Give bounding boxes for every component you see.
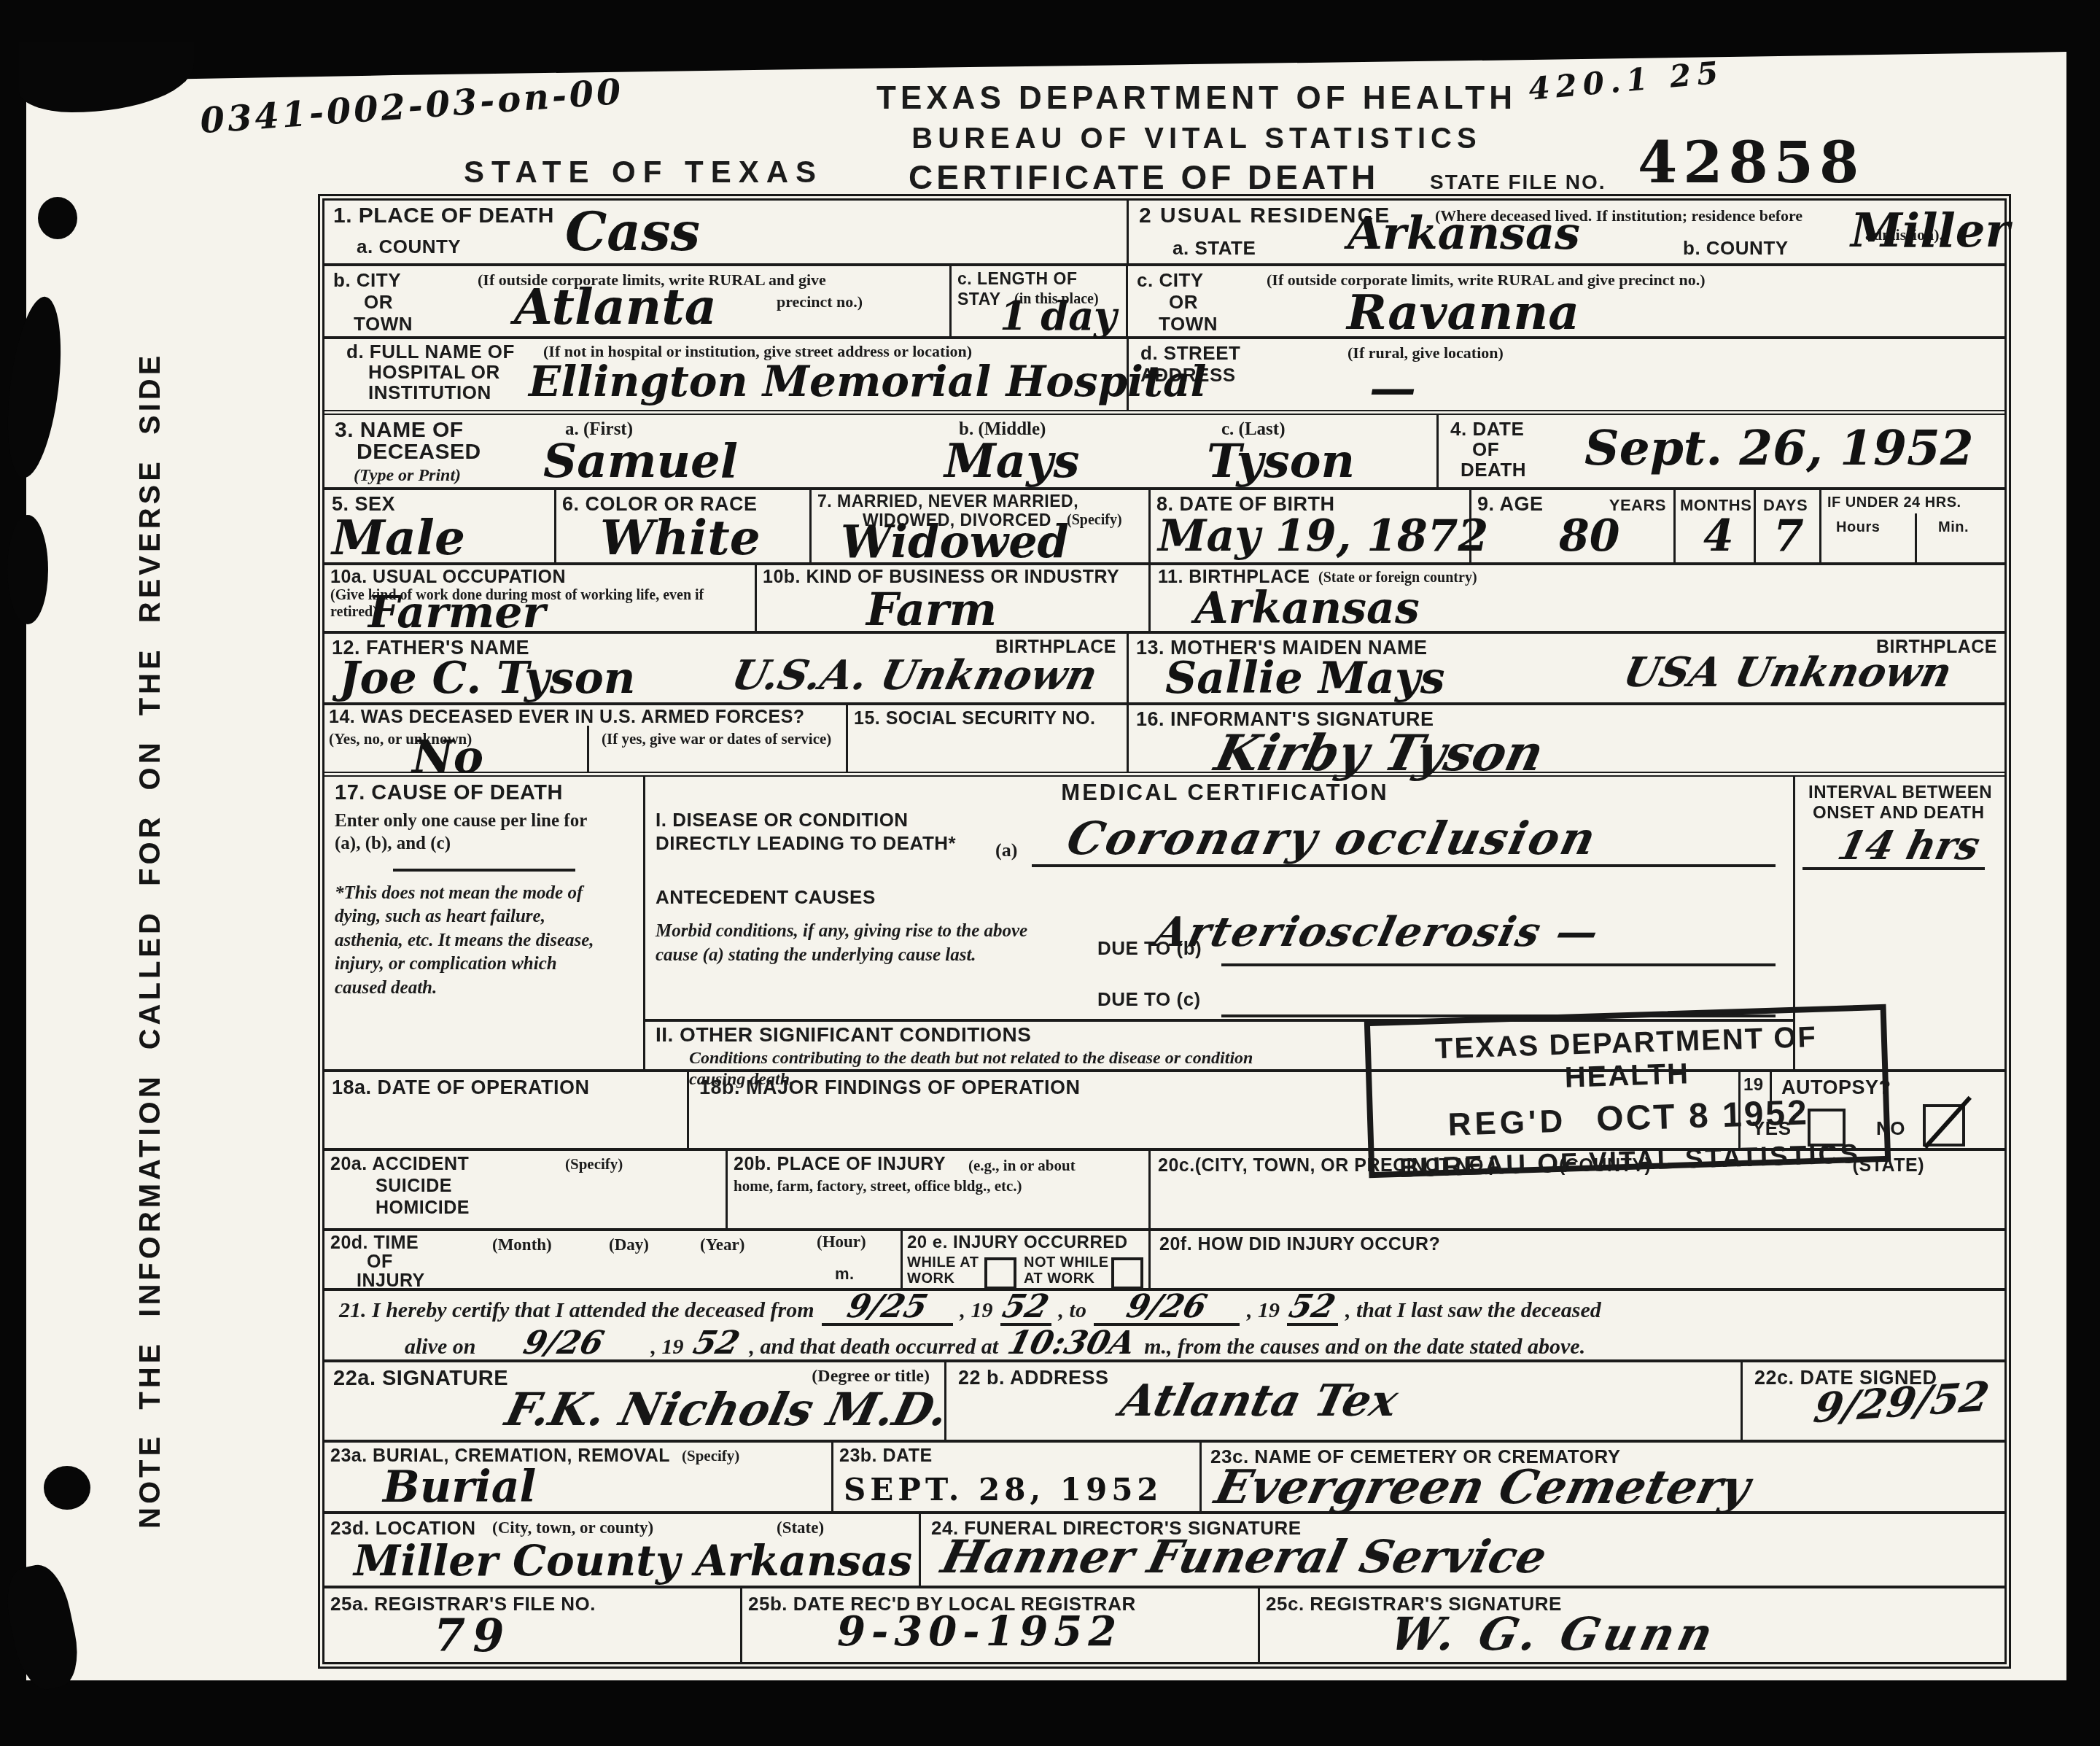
hole-punch xyxy=(38,197,77,239)
armed-forces-value: No xyxy=(412,730,483,783)
scan-artifact xyxy=(7,515,48,624)
certify-to-date: 9/26 xyxy=(1124,1297,1208,1317)
cause-note-1: Enter only one cause per line for (a), (… xyxy=(335,810,612,855)
stay-value: 1 day xyxy=(1000,292,1117,339)
field-place-of-death-county: 1. PLACE OF DEATH a. COUNTY Cass xyxy=(324,201,1129,263)
not-while-at-work-checkbox[interactable] xyxy=(1111,1257,1143,1289)
field-date-signed: 22c. DATE SIGNED 9/29/52 xyxy=(1743,1362,2004,1440)
scanned-death-certificate: NOTE THE INFORMATION CALLED FOR ON THE R… xyxy=(0,0,2100,1746)
age-months-value: 4 xyxy=(1703,511,1734,562)
field-date-of-death: 4. DATE OF DEATH Sept. 26, 1952 xyxy=(1439,415,2004,487)
injury-place-note-2: home, farm, factory, street, office bldg… xyxy=(734,1177,1022,1195)
under24-min-label: Min. xyxy=(1938,519,1969,536)
death-city-value: Atlanta xyxy=(514,278,717,336)
injury-occurred-label: 20 e. INJURY OCCURRED xyxy=(907,1233,1128,1253)
disease-label-2: DIRECTLY LEADING TO DEATH* xyxy=(656,832,956,855)
handwritten-code: 420.1 25 xyxy=(1527,54,1725,106)
stay-label-1: c. LENGTH OF xyxy=(957,269,1077,289)
field-how-injury-occurred: 20f. HOW DID INJURY OCCUR? xyxy=(1151,1231,2004,1288)
armed-forces-divider xyxy=(587,726,589,772)
injury-place-note-1: (e.g., in or about xyxy=(968,1157,1076,1175)
injury-time-label-3: INJURY xyxy=(357,1270,425,1292)
field-father-name: 12. FATHER'S NAME BIRTHPLACE Joe C. Tyso… xyxy=(324,634,1129,702)
antecedent-label: ANTECEDENT CAUSES xyxy=(656,886,876,909)
hospital-label-1: d. FULL NAME OF xyxy=(346,341,515,363)
burial-value: Burial xyxy=(383,1462,536,1513)
name-title-2: DECEASED xyxy=(357,440,481,465)
name-title-1: 3. NAME OF xyxy=(335,418,464,443)
scan-artifact xyxy=(19,42,194,112)
residence-city-label: c. CITY xyxy=(1137,269,1204,292)
field-date-of-operation: 18a. DATE OF OPERATION xyxy=(324,1072,689,1148)
occupation-value: Farmer xyxy=(368,587,545,638)
field-under-24hrs: IF UNDER 24 HRS. Hours Min. xyxy=(1821,490,2004,562)
certificate-form: 1. PLACE OF DEATH a. COUNTY Cass 2 USUAL… xyxy=(318,194,2011,1669)
operation-date-label: 18a. DATE OF OPERATION xyxy=(332,1076,590,1099)
stamp-line-1: TEXAS DEPARTMENT OF HEALTH xyxy=(1370,1019,1882,1101)
field-ssn: 15. SOCIAL SECURITY NO. xyxy=(848,705,1129,772)
ssn-label: 15. SOCIAL SECURITY NO. xyxy=(854,708,1095,729)
field-mother-name: 13. MOTHER'S MAIDEN NAME BIRTHPLACE Sall… xyxy=(1129,634,2004,702)
registrar-signature-value: W. G. Gunn xyxy=(1385,1607,1722,1661)
name-title-3: (Type or Print) xyxy=(354,466,461,486)
how-injury-label: 20f. HOW DID INJURY OCCUR? xyxy=(1159,1234,1440,1255)
cause-divider xyxy=(393,869,575,872)
certify-text-1: 21. I hereby certify that I attended the… xyxy=(339,1298,814,1322)
while-at-label-1: WHILE AT xyxy=(907,1254,979,1271)
signature-label: 22a. SIGNATURE xyxy=(333,1367,508,1391)
certify-death-time: 10:30A xyxy=(1006,1333,1137,1354)
sex-value: Male xyxy=(332,509,465,566)
occupation-label: 10a. USUAL OCCUPATION xyxy=(330,567,566,588)
under24-hours-label: Hours xyxy=(1836,519,1880,536)
residence-state-label: a. STATE xyxy=(1172,237,1256,260)
row-sex-race-age: 5. SEX Male 6. COLOR OR RACE White 7. MA… xyxy=(324,490,2004,565)
accident-note: (Specify) xyxy=(565,1155,623,1173)
scan-artifact xyxy=(0,1560,85,1694)
father-birthplace-value: U.S.A. Unknown xyxy=(727,651,1102,699)
street-value: — xyxy=(1369,361,1416,416)
residence-county-value: Miller xyxy=(1851,203,2010,258)
medical-certification-title: MEDICAL CERTIFICATION xyxy=(645,780,1805,806)
field-burial-location: 23d. LOCATION (City, town, or county) (S… xyxy=(324,1514,921,1586)
field-name-of-deceased: 3. NAME OF DECEASED (Type or Print) a. (… xyxy=(324,415,1439,487)
accident-label-1: 20a. ACCIDENT xyxy=(330,1154,469,1175)
injury-time-label-2: OF xyxy=(367,1252,393,1273)
injury-hour-label: (Hour) xyxy=(817,1233,866,1252)
field-hospital: d. FULL NAME OF HOSPITAL OR INSTITUTION … xyxy=(324,339,1129,410)
residence-city-label-town: TOWN xyxy=(1159,313,1218,335)
field-age-days: DAYS 7 xyxy=(1756,490,1821,562)
field-length-of-stay: c. LENGTH OF STAY (in this place) 1 day xyxy=(952,266,1128,336)
name-last-value: Tyson xyxy=(1207,434,1355,489)
death-city-label-or: OR xyxy=(364,291,393,314)
field-cemetery: 23c. NAME OF CEMETERY OR CREMATORY Everg… xyxy=(1202,1443,2004,1511)
age-days-value: 7 xyxy=(1773,511,1804,562)
race-value: White xyxy=(600,509,761,566)
received-stamp: TEXAS DEPARTMENT OF HEALTH REG'D OCT 8 1… xyxy=(1364,1004,1891,1178)
certify-text-7: , 19 xyxy=(651,1335,684,1359)
due-to-b-value: Arteriosclerosis — xyxy=(1150,908,1604,956)
residence-county-label: b. COUNTY xyxy=(1683,237,1789,260)
marital-note: (Specify) xyxy=(1067,512,1122,529)
certify-from-year: 52 xyxy=(1000,1297,1050,1317)
scan-artifact xyxy=(0,294,69,481)
residence-city-label-or: OR xyxy=(1169,291,1198,314)
row-city: b. CITY OR TOWN (If outside corporate li… xyxy=(324,266,2004,339)
certify-to-year: 52 xyxy=(1288,1297,1337,1317)
field-registrar-signature: 25c. REGISTRAR'S SIGNATURE W. G. Gunn xyxy=(1260,1588,2004,1664)
street-note: (If rural, give location) xyxy=(1347,344,1504,362)
cemetery-value: Evergreen Cemetery xyxy=(1210,1460,1755,1515)
stamp-regd: REG'D xyxy=(1447,1103,1567,1143)
armed-forces-label: 14. WAS DECEASED EVER IN U.S. ARMED FORC… xyxy=(329,707,805,728)
marital-label-1: 7. MARRIED, NEVER MARRIED, xyxy=(817,492,1078,511)
header-dept: TEXAS DEPARTMENT OF HEALTH xyxy=(865,80,1528,117)
header-bureau: BUREAU OF VITAL STATISTICS xyxy=(865,123,1528,155)
name-first-value: Samuel xyxy=(543,434,738,489)
certify-text-6: alive on xyxy=(405,1335,476,1359)
row-name-dod: 3. NAME OF DECEASED (Type or Print) a. (… xyxy=(324,415,2004,490)
stay-label-2: STAY xyxy=(957,290,1001,309)
death-city-label: b. CITY xyxy=(333,269,401,292)
dod-label-3: DEATH xyxy=(1461,459,1526,481)
armed-forces-note-2: (If yes, give war or dates of service) xyxy=(602,730,831,748)
row-parents: 12. FATHER'S NAME BIRTHPLACE Joe C. Tyso… xyxy=(324,634,2004,705)
disease-label-1: I. DISEASE OR CONDITION xyxy=(656,809,909,831)
certify-text-5: , that I last saw the deceased xyxy=(1345,1298,1601,1322)
hospital-label-3: INSTITUTION xyxy=(368,381,491,404)
address-label: 22 b. ADDRESS xyxy=(958,1367,1109,1389)
certify-blank-from: 9/25 xyxy=(822,1297,953,1326)
field-industry: 10b. KIND OF BUSINESS OR INDUSTRY Farm xyxy=(757,565,1151,631)
burial-date-label: 23b. DATE xyxy=(839,1446,933,1467)
injury-year-label: (Year) xyxy=(700,1235,744,1254)
field-registrar-file-no: 25a. REGISTRAR'S FILE NO. 79 xyxy=(324,1588,742,1664)
death-city-label-town: TOWN xyxy=(354,313,413,335)
age-years-value: 80 xyxy=(1559,511,1620,562)
header-title: CERTIFICATE OF DEATH xyxy=(909,158,1379,197)
location-value: Miller County Arkansas xyxy=(354,1536,912,1586)
industry-value: Farm xyxy=(866,583,997,636)
accident-label-2: SUICIDE xyxy=(376,1176,452,1197)
certify-text-9: m., from the causes and on the date stat… xyxy=(1144,1335,1585,1359)
under24-label: IF UNDER 24 HRS. xyxy=(1827,494,1961,511)
field-burial-date: 23b. DATE SEPT. 28, 1952 xyxy=(833,1443,1202,1511)
while-at-work-checkbox[interactable] xyxy=(984,1257,1016,1289)
dod-label-1: 4. DATE xyxy=(1450,418,1524,441)
burial-date-value: SEPT. 28, 1952 xyxy=(844,1472,1163,1508)
certify-blank-year-3: 52 xyxy=(691,1333,742,1362)
certify-from-date: 9/25 xyxy=(845,1297,929,1317)
injury-day-label: (Day) xyxy=(609,1235,649,1254)
field-armed-forces: 14. WAS DECEASED EVER IN U.S. ARMED FORC… xyxy=(324,705,848,772)
row-certification: 21. I hereby certify that I attended the… xyxy=(324,1291,2004,1362)
interval-value: 14 hrs xyxy=(1834,822,1985,869)
hospital-label-2: HOSPITAL OR xyxy=(368,361,500,384)
certify-blank-year-2: 52 xyxy=(1287,1297,1338,1326)
certify-text-8: , and that death occurred at xyxy=(750,1335,999,1359)
hole-punch xyxy=(44,1466,90,1510)
field-street-address: d. STREET ADDRESS (If rural, give locati… xyxy=(1129,339,2004,410)
state-file-no-label: STATE FILE NO. xyxy=(1430,171,1606,194)
stamp-date: OCT 8 1952 xyxy=(1596,1093,1810,1138)
location-note-2: (State) xyxy=(777,1518,824,1537)
dob-value: May 19, 1872 xyxy=(1158,511,1488,562)
disease-a-label: (a) xyxy=(995,839,1017,861)
place-of-death-title: 1. PLACE OF DEATH xyxy=(333,203,554,228)
field-date-of-birth: 8. DATE OF BIRTH May 19, 1872 xyxy=(1151,490,1471,562)
not-while-label-2: AT WORK xyxy=(1024,1270,1095,1287)
row-time-of-injury: 20d. TIME OF INJURY (Month) (Day) (Year)… xyxy=(324,1231,2004,1291)
field-age-months: MONTHS 4 xyxy=(1676,490,1756,562)
mother-birthplace-value: USA Unknown xyxy=(1619,648,1956,697)
row-occupation: 10a. USUAL OCCUPATION (Give kind of work… xyxy=(324,565,2004,634)
cause-notes-column: 17. CAUSE OF DEATH Enter only one cause … xyxy=(324,777,645,1069)
field-place-of-injury: 20b. PLACE OF INJURY (e.g., in or about … xyxy=(728,1151,1151,1228)
field-physician-signature: 22a. SIGNATURE (Degree or title) F.K. Ni… xyxy=(324,1362,946,1440)
certify-blank-alive: 9/26 xyxy=(483,1333,644,1362)
injury-place-label: 20b. PLACE OF INJURY xyxy=(734,1154,946,1175)
certify-blank-year-1: 52 xyxy=(1000,1297,1051,1326)
row-armedforces-ssn-informant: 14. WAS DECEASED EVER IN U.S. ARMED FORC… xyxy=(324,705,2004,777)
row-physician-signature: 22a. SIGNATURE (Degree or title) F.K. Ni… xyxy=(324,1362,2004,1443)
injury-m-label: m. xyxy=(835,1265,855,1284)
field-residence-city: c. CITY OR TOWN (If outside corporate li… xyxy=(1128,266,2004,336)
disease-a-value: Coronary occlusion xyxy=(1062,812,1603,865)
not-while-label-1: NOT WHILE xyxy=(1024,1254,1109,1271)
paper-sheet: NOTE THE INFORMATION CALLED FOR ON THE R… xyxy=(26,48,2066,1680)
row-location-director: 23d. LOCATION (City, town, or county) (S… xyxy=(324,1514,2004,1588)
field-marital-status: 7. MARRIED, NEVER MARRIED, WIDOWED, DIVO… xyxy=(812,490,1151,562)
field-burial-type: 23a. BURIAL, CREMATION, REMOVAL (Specify… xyxy=(324,1443,833,1511)
informant-signature: Kirby Tyson xyxy=(1210,724,1549,783)
margin-note: NOTE THE INFORMATION CALLED FOR ON THE R… xyxy=(134,391,167,1529)
handwritten-serial: 0341-002-03-on-00 xyxy=(199,71,625,141)
certify-text-3: , to xyxy=(1059,1298,1086,1322)
field-accident-type: 20a. ACCIDENT (Specify) SUICIDE HOMICIDE xyxy=(324,1151,728,1228)
certify-text-4: , 19 xyxy=(1247,1298,1280,1322)
row-registrar: 25a. REGISTRAR'S FILE NO. 79 25b. DATE R… xyxy=(324,1588,2004,1664)
county-value: Cass xyxy=(565,201,700,263)
header-state-of-texas: STATE OF TEXAS xyxy=(464,155,823,190)
field-death-city: b. CITY OR TOWN (If outside corporate li… xyxy=(324,266,952,336)
row-place-residence-top: 1. PLACE OF DEATH a. COUNTY Cass 2 USUAL… xyxy=(324,201,2004,266)
interval-label-1: INTERVAL BETWEEN xyxy=(1808,783,1992,803)
morbid-note: Morbid conditions, if any, giving rise t… xyxy=(656,920,1049,967)
other-conditions-label: II. OTHER SIGNIFICANT CONDITIONS xyxy=(656,1023,1031,1047)
certify-blank-to: 9/26 xyxy=(1094,1297,1240,1326)
death-city-note-2: precinct no.) xyxy=(777,292,863,311)
injury-month-label: (Month) xyxy=(492,1235,552,1254)
name-middle-value: Mays xyxy=(944,434,1080,489)
field-birthplace: 11. BIRTHPLACE (State or foreign country… xyxy=(1151,565,2004,631)
county-label: a. COUNTY xyxy=(357,236,461,258)
certify-blank-time: 10:30A xyxy=(1006,1333,1137,1362)
interval-label-2: ONSET AND DEATH xyxy=(1813,803,1985,823)
accident-label-3: HOMICIDE xyxy=(376,1198,470,1219)
residence-state-value: Arkansas xyxy=(1347,206,1580,260)
field-sex: 5. SEX Male xyxy=(324,490,556,562)
field-informant: 16. INFORMANT'S SIGNATURE Kirby Tyson xyxy=(1129,705,2004,772)
under24-divider xyxy=(1915,513,1917,562)
certify-text-2: , 19 xyxy=(960,1298,993,1322)
operation-findings-label: 18b. MAJOR FINDINGS OF OPERATION xyxy=(699,1076,1081,1099)
location-note-1: (City, town, or county) xyxy=(492,1518,653,1537)
injury-time-label-1: 20d. TIME xyxy=(330,1233,419,1254)
physician-signature-value: F.K. Nichols M.D. xyxy=(501,1383,954,1436)
dod-value: Sept. 26, 1952 xyxy=(1584,419,1974,476)
field-color-race: 6. COLOR OR RACE White xyxy=(556,490,812,562)
date-received-value: 9-30-1952 xyxy=(837,1607,1122,1656)
dod-label-2: OF xyxy=(1472,438,1499,461)
field-occupation: 10a. USUAL OCCUPATION (Give kind of work… xyxy=(324,565,757,631)
field-age-years: 9. AGE YEARS 80 xyxy=(1471,490,1676,562)
hospital-value: Ellington Memorial Hospital xyxy=(529,357,1207,406)
birthplace-value: Arkansas xyxy=(1194,583,1420,634)
physician-address-value: Atlanta Tex xyxy=(1116,1376,1403,1427)
certify-alive-year: 52 xyxy=(691,1333,741,1354)
due-to-c-label: DUE TO (c) xyxy=(1097,988,1201,1011)
marital-value: Widowed xyxy=(841,515,1069,568)
cause-label: 17. CAUSE OF DEATH xyxy=(335,781,633,805)
burial-note: (Specify) xyxy=(682,1447,739,1465)
state-file-no-value: 42858 xyxy=(1638,130,1864,196)
residence-city-value: Ravanna xyxy=(1347,284,1579,341)
certify-alive-date: 9/26 xyxy=(521,1333,605,1354)
stamp-line-2: REG'D OCT 8 1952 xyxy=(1372,1090,1883,1146)
field-date-received: 25b. DATE REC'D BY LOCAL REGISTRAR 9-30-… xyxy=(742,1588,1260,1664)
mother-value: Sallie Mays xyxy=(1165,653,1445,704)
row-burial: 23a. BURIAL, CREMATION, REMOVAL (Specify… xyxy=(324,1443,2004,1514)
field-injury-occurred: 20 e. INJURY OCCURRED WHILE AT WORK NOT … xyxy=(903,1231,1151,1288)
while-at-label-2: WORK xyxy=(907,1270,954,1287)
certify-line-2: alive on9/26, 1952, and that death occur… xyxy=(405,1333,2004,1362)
field-funeral-director: 24. FUNERAL DIRECTOR'S SIGNATURE Hanner … xyxy=(921,1514,2004,1586)
father-value: Joe C. Tyson xyxy=(339,653,635,704)
field-time-of-injury: 20d. TIME OF INJURY (Month) (Day) (Year)… xyxy=(324,1231,903,1288)
row-hospital-street: d. FULL NAME OF HOSPITAL OR INSTITUTION … xyxy=(324,339,2004,415)
field-usual-residence: 2 USUAL RESIDENCE (Where deceased lived.… xyxy=(1129,201,2004,263)
registrar-file-value: 79 xyxy=(434,1609,511,1662)
certify-line-1: 21. I hereby certify that I attended the… xyxy=(339,1297,2004,1326)
funeral-director-value: Hanner Funeral Service xyxy=(937,1530,1552,1583)
cause-note-2: *This does not mean the mode of dying, s… xyxy=(335,882,612,1001)
field-physician-address: 22 b. ADDRESS Atlanta Tex xyxy=(946,1362,1743,1440)
